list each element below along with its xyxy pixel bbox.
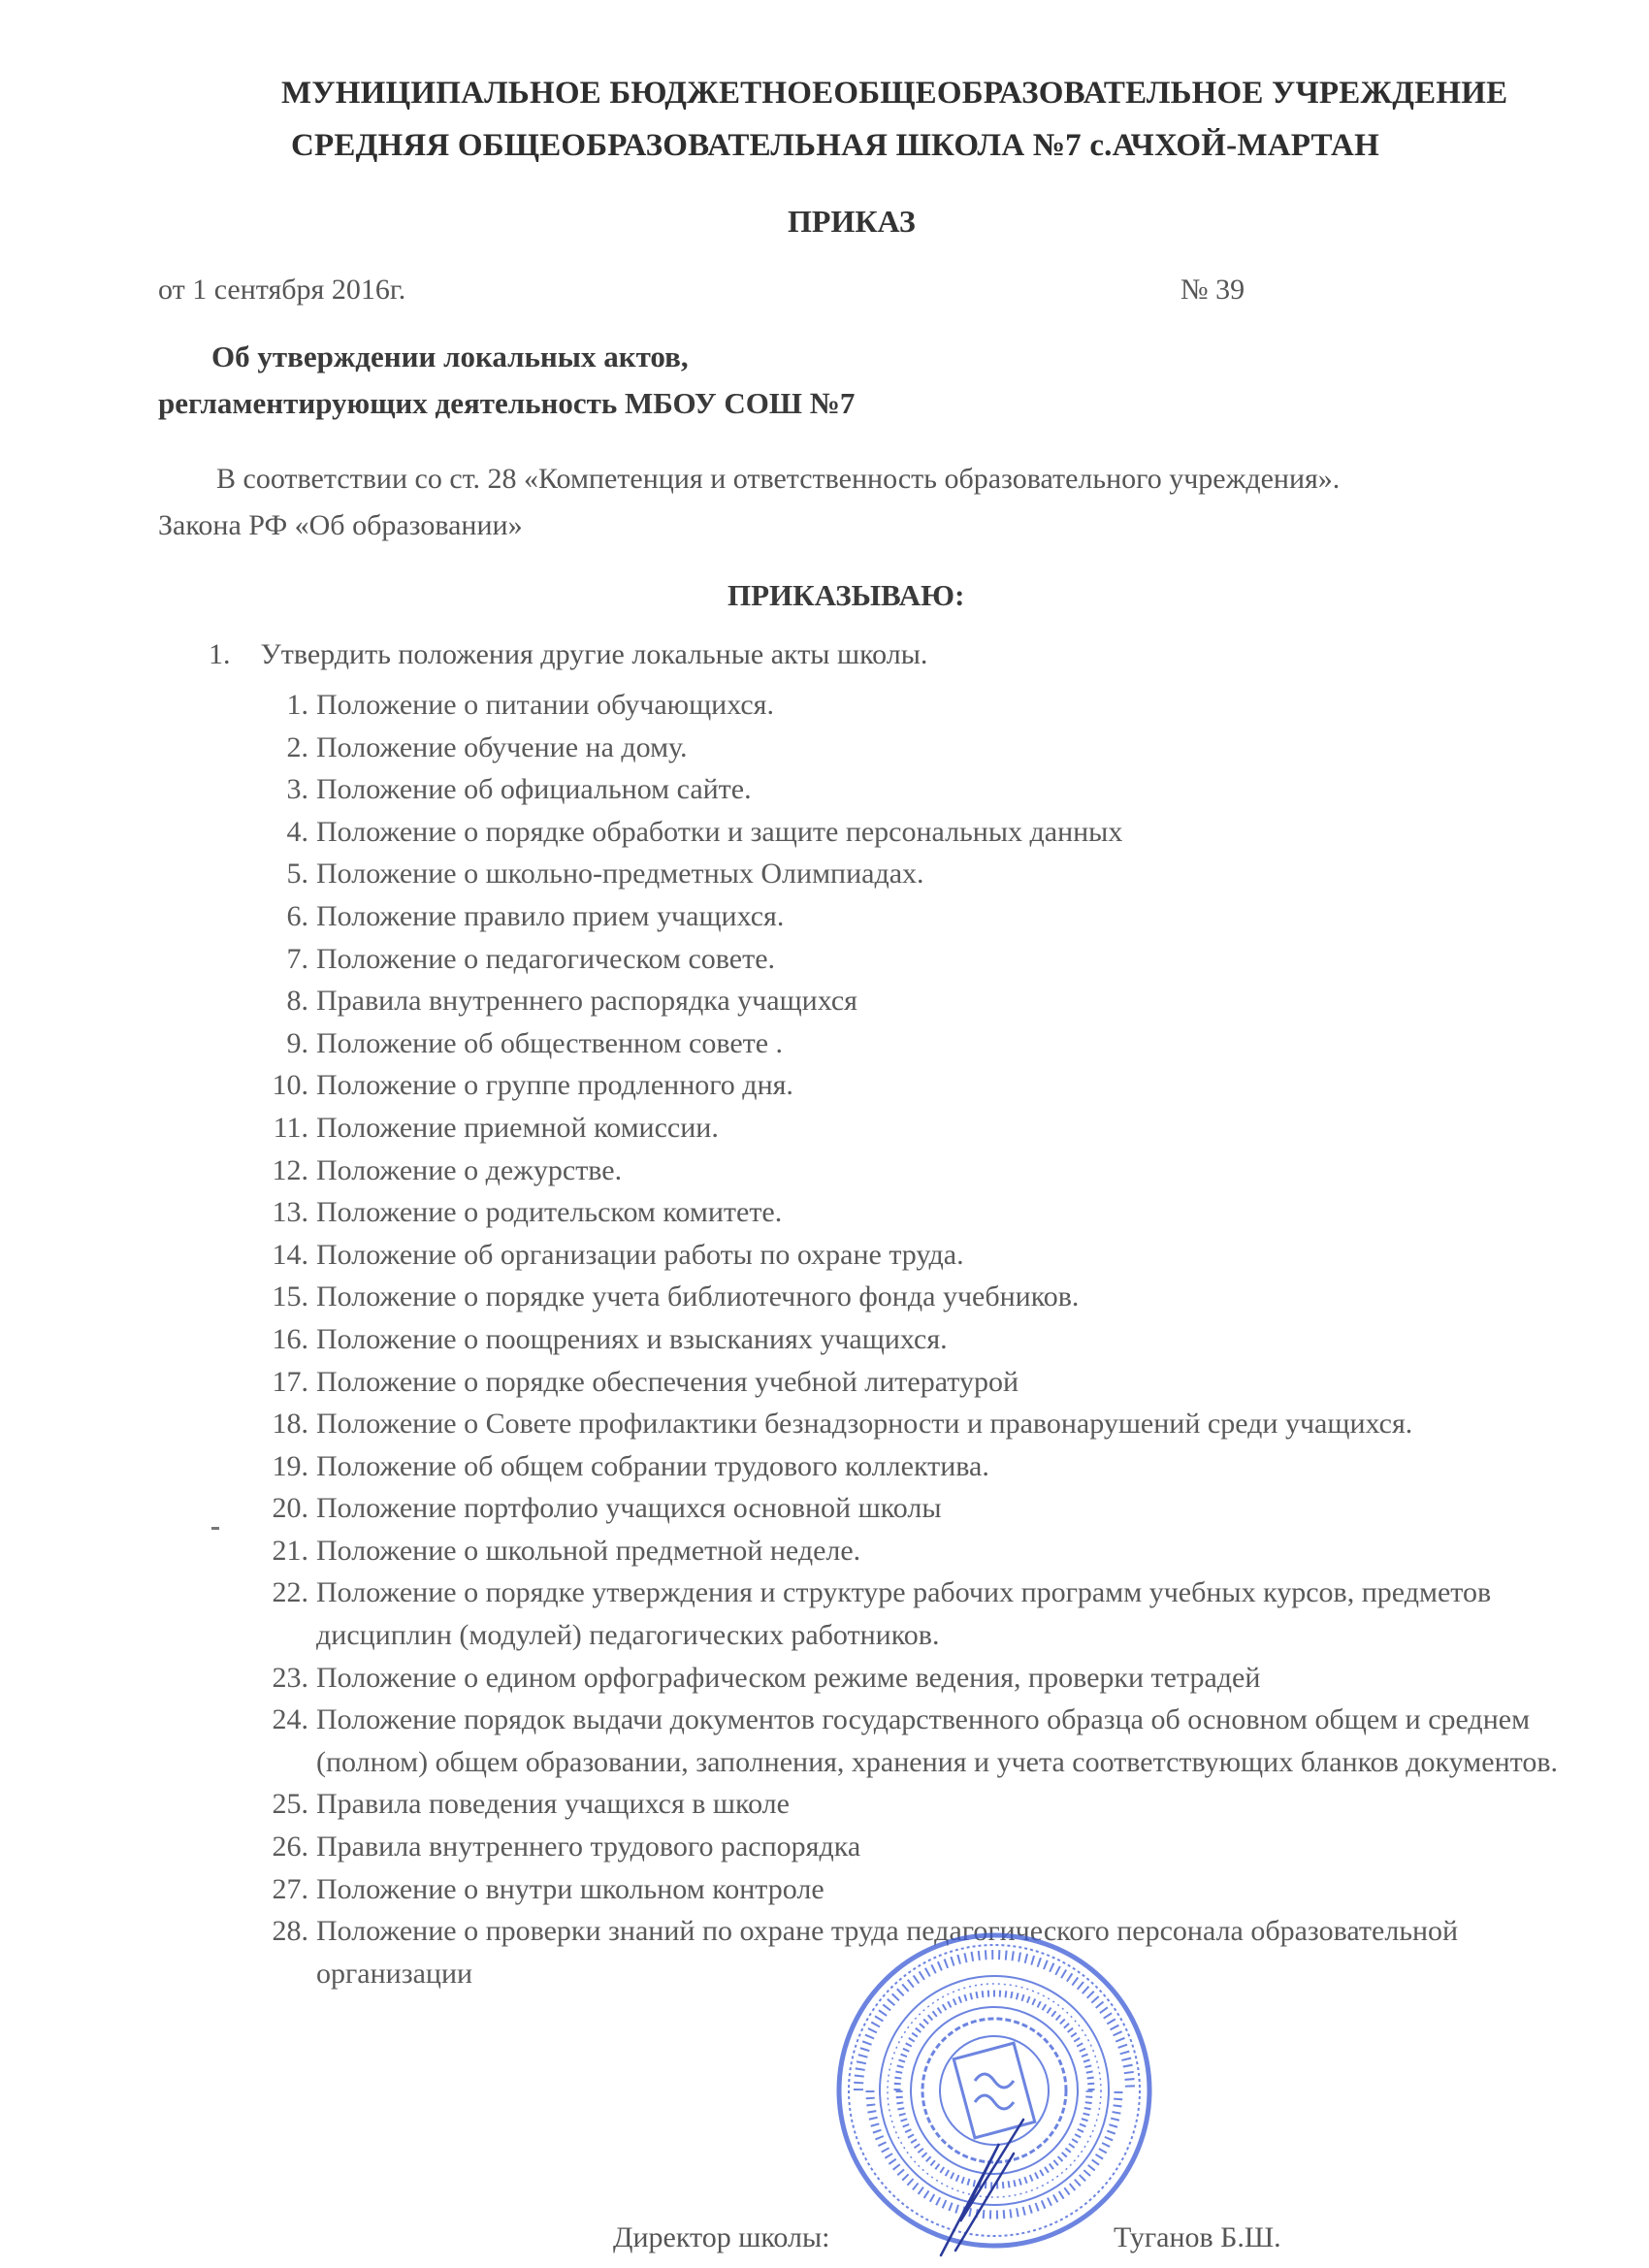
list-item-number: 20.	[262, 1487, 316, 1530]
list-item-number: 15.	[262, 1276, 316, 1318]
list-item: 21.Положение о школьной предметной недел…	[262, 1530, 1597, 1572]
list-item-text: Положение о едином орфографическом режим…	[316, 1657, 1260, 1700]
list-item-text: Положение о школьно-предметных Олимпиада…	[316, 853, 924, 895]
subject-line1: Об утверждении локальных актов,	[211, 340, 689, 374]
list-item-number: 14.	[262, 1234, 316, 1277]
list-item-number: 27.	[262, 1868, 316, 1911]
list-item-text: Положение о педагогическом совете.	[316, 938, 775, 981]
list-item: 23.Положение о едином орфографическом ре…	[262, 1657, 1597, 1700]
list-item-text: Положение о школьной предметной неделе.	[316, 1530, 860, 1572]
list-item: 15.Положение о порядке учета библиотечно…	[262, 1276, 1597, 1318]
list-item-number: 21.	[262, 1530, 316, 1572]
list-item-text: Правила поведения учащихся в школе	[316, 1783, 790, 1826]
list-item-number: 22.	[262, 1571, 316, 1656]
list-item: 26.Правила внутреннего трудового распоря…	[262, 1826, 1597, 1868]
list-item-number: 4.	[262, 811, 316, 854]
list-item-text: Положение об официальном сайте.	[316, 768, 752, 811]
list-item: 10.Положение о группе продленного дня.	[262, 1064, 1597, 1107]
list-item-number: 3.	[262, 768, 316, 811]
list-item-text: Положение об общем собрании трудового ко…	[316, 1445, 989, 1488]
document-page: МУНИЦИПАЛЬНОЕ БЮДЖЕТНОЕОБЩЕОБРАЗОВАТЕЛЬН…	[0, 0, 1649, 2268]
list-item: 6.Положение правило прием учащихся.	[262, 895, 1597, 938]
list-item-text: Положение о порядке обработки и защите п…	[316, 811, 1122, 854]
list-item-text: Положение приемной комиссии.	[316, 1107, 719, 1150]
list-item-number: 10.	[262, 1064, 316, 1107]
list-item-number: 28.	[262, 1910, 316, 1994]
list-item-text: Положение о группе продленного дня.	[316, 1064, 793, 1107]
document-type: ПРИКАЗ	[788, 204, 916, 240]
list-item: 11.Положение приемной комиссии.	[262, 1107, 1597, 1150]
list-item-number: 5.	[262, 853, 316, 895]
org-name-line2: СРЕДНЯЯ ОБЩЕОБРАЗОВАТЕЛЬНАЯ ШКОЛА №7 с.А…	[291, 128, 1379, 164]
list-item-number: 11.	[262, 1107, 316, 1150]
signatory-role: Директор школы:	[613, 2221, 829, 2254]
list-item-number: 16.	[262, 1318, 316, 1361]
list-item-number: 26.	[262, 1826, 316, 1868]
list-item: 7.Положение о педагогическом совете.	[262, 938, 1597, 981]
list-item: 17.Положение о порядке обеспечения учебн…	[262, 1361, 1597, 1404]
list-item: 13.Положение о родительском комитете.	[262, 1191, 1597, 1234]
signature-icon	[931, 2115, 1048, 2260]
list-item: 14.Положение об организации работы по ох…	[262, 1234, 1597, 1277]
list-item: 27.Положение о внутри школьном контроле	[262, 1868, 1597, 1911]
list-item-text: Правила внутреннего трудового распорядка	[316, 1826, 860, 1868]
list-item-text: Положение о порядке обеспечения учебной …	[316, 1361, 1018, 1404]
list-item: 9.Положение об общественном совете .	[262, 1022, 1597, 1065]
list-item-text: Положение о питании обучающихся.	[316, 684, 774, 727]
list-item: 2.Положение обучение на дому.	[262, 727, 1597, 769]
order-date: от 1 сентября 2016г.	[158, 274, 405, 307]
list-item-text: Правила внутреннего распорядка учащихся	[316, 980, 857, 1022]
list-item-number: 17.	[262, 1361, 316, 1404]
list-item: 24.Положение порядок выдачи документов г…	[262, 1699, 1597, 1783]
org-name-line1: МУНИЦИПАЛЬНОЕ БЮДЖЕТНОЕОБЩЕОБРАЗОВАТЕЛЬН…	[281, 76, 1507, 112]
list-item-text: Положение о родительском комитете.	[316, 1191, 782, 1234]
main-order-item: 1. Утвердить положения другие локальные …	[209, 638, 927, 671]
list-item-text: Положение об организации работы по охран…	[316, 1234, 964, 1277]
signatory-name: Туганов Б.Ш.	[1114, 2221, 1281, 2254]
list-item: 20.Положение портфолио учащихся основной…	[262, 1487, 1597, 1530]
list-item-number: 24.	[262, 1699, 316, 1783]
list-item-text: Положение о порядке учета библиотечного …	[316, 1276, 1079, 1318]
list-item-text: Положение портфолио учащихся основной шк…	[316, 1487, 942, 1530]
list-item-text: Положение обучение на дому.	[316, 727, 688, 769]
order-heading: ПРИКАЗЫВАЮ:	[727, 578, 964, 613]
list-item-number: 25.	[262, 1783, 316, 1826]
list-item-number: 8.	[262, 980, 316, 1022]
list-item: 1.Положение о питании обучающихся.	[262, 684, 1597, 727]
list-item-text: Положение правило прием учащихся.	[316, 895, 784, 938]
list-item-text: Положение об общественном совете .	[316, 1022, 783, 1065]
list-item-text: Положение порядок выдачи документов госу…	[316, 1699, 1597, 1783]
list-item: 3.Положение об официальном сайте.	[262, 768, 1597, 811]
preamble-line1: В соответствии со ст. 28 «Компетенция и …	[216, 463, 1340, 495]
subject-line2: регламентирующих деятельность МБОУ СОШ №…	[158, 386, 855, 421]
list-item-text: Положение о дежурстве.	[316, 1150, 622, 1192]
list-item-number: 12.	[262, 1150, 316, 1192]
list-item-number: 9.	[262, 1022, 316, 1065]
preamble-line2: Закона РФ «Об образовании»	[158, 502, 1545, 549]
main-item-text: Утвердить положения другие локальные акт…	[261, 638, 928, 670]
list-item-text: Положение о поощрениях и взысканиях учащ…	[316, 1318, 948, 1361]
list-item-text: Положение о Совете профилактики безнадзо…	[316, 1403, 1412, 1445]
list-item: 8.Правила внутреннего распорядка учащихс…	[262, 980, 1597, 1022]
list-item: 22.Положение о порядке утверждения и стр…	[262, 1571, 1597, 1656]
scan-artifact	[211, 1527, 219, 1530]
list-item: 16.Положение о поощрениях и взысканиях у…	[262, 1318, 1597, 1361]
list-item: 25.Правила поведения учащихся в школе	[262, 1783, 1597, 1826]
order-number: № 39	[1180, 274, 1245, 307]
main-item-number: 1.	[209, 638, 253, 671]
preamble: В соответствии со ст. 28 «Компетенция и …	[158, 456, 1545, 549]
list-item-number: 6.	[262, 895, 316, 938]
list-item: 12.Положение о дежурстве.	[262, 1150, 1597, 1192]
list-item: 4.Положение о порядке обработки и защите…	[262, 811, 1597, 854]
list-item: 5.Положение о школьно-предметных Олимпиа…	[262, 853, 1597, 895]
list-item-text: Положение о внутри школьном контроле	[316, 1868, 824, 1911]
list-item-number: 18.	[262, 1403, 316, 1445]
list-item-number: 2.	[262, 727, 316, 769]
list-item-text: Положение о порядке утверждения и структ…	[316, 1571, 1597, 1656]
list-item: 19.Положение об общем собрании трудового…	[262, 1445, 1597, 1488]
local-acts-list: 1.Положение о питании обучающихся.2.Поло…	[262, 684, 1597, 1994]
list-item: 18.Положение о Совете профилактики безна…	[262, 1403, 1597, 1445]
list-item-number: 1.	[262, 684, 316, 727]
list-item-number: 19.	[262, 1445, 316, 1488]
list-item-number: 7.	[262, 938, 316, 981]
list-item-number: 13.	[262, 1191, 316, 1234]
list-item-number: 23.	[262, 1657, 316, 1700]
